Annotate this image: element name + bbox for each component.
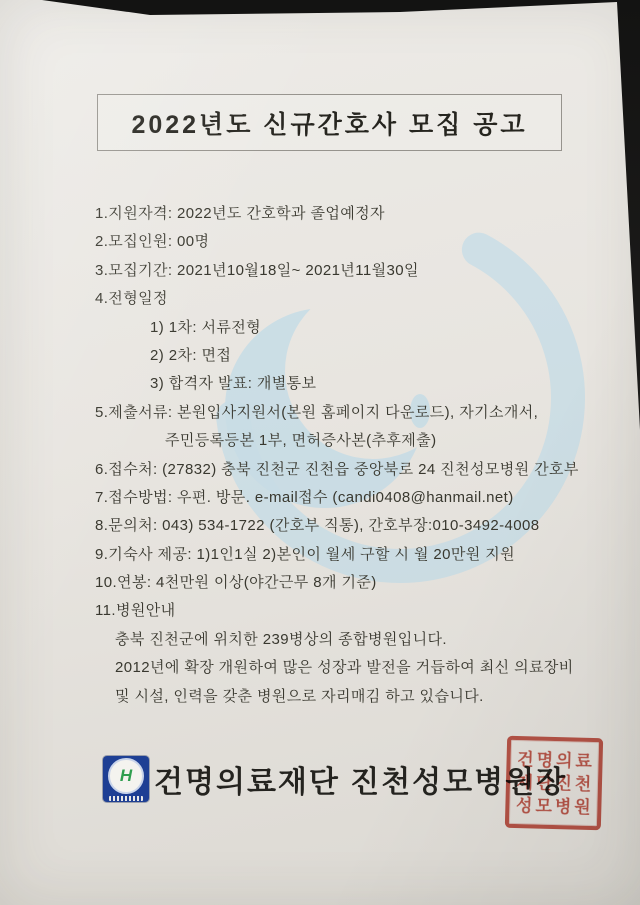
logo-letter-h: H xyxy=(120,767,132,784)
line-hospital-info-1: 충북 진천군에 위치한 239병상의 종합병원입니다. xyxy=(95,626,615,654)
line-dormitory: 9.기숙사 제공: 1)1인1실 2)본인이 월세 구할 시 월 20만원 지원 xyxy=(95,541,615,569)
document-body: 1.지원자격: 2022년도 간호학과 졸업예정자 2.모집인원: 00명 3.… xyxy=(95,200,615,711)
photo-background: 2022년도 신규간호사 모집 공고 1.지원자격: 2022년도 간호학과 졸… xyxy=(0,0,640,905)
line-documents: 5.제출서류: 본원입사지원서(본원 홈페이지 다운로드), 자기소개서, xyxy=(95,399,615,427)
hospital-logo-band xyxy=(109,796,143,801)
line-contact: 8.문의처: 043) 534-1722 (간호부 직통), 간호부장:010-… xyxy=(95,512,615,540)
document-paper: 2022년도 신규간호사 모집 공고 1.지원자격: 2022년도 간호학과 졸… xyxy=(0,0,640,905)
line-result-notice: 3) 합격자 발표: 개별통보 xyxy=(95,370,615,398)
line-hospital-info-heading: 11.병원안내 xyxy=(95,597,615,625)
line-submission-method: 7.접수방법: 우편. 방문. e-mail접수 (candi0408@hanm… xyxy=(95,484,615,512)
seal-row: 건명의료 xyxy=(514,747,595,772)
line-hospital-info-2: 2012년에 확장 개원하여 많은 성장과 발전을 거듭하여 최신 의료장비 xyxy=(95,654,615,682)
line-salary: 10.연봉: 4천만원 이상(야간근무 8개 기준) xyxy=(95,569,615,597)
seal-row: 재단진천 xyxy=(513,770,594,795)
line-first-round: 1) 1차: 서류전형 xyxy=(95,314,615,342)
document-title: 2022년도 신규간호사 모집 공고 xyxy=(131,105,527,141)
seal-row: 성모병원 xyxy=(513,793,594,818)
line-selection-schedule: 4.전형일정 xyxy=(95,285,615,313)
hospital-logo: H xyxy=(103,756,149,802)
line-submission-address: 6.접수처: (27832) 충북 진천군 진천읍 중앙북로 24 진천성모병원… xyxy=(95,456,615,484)
line-applicant-qualification: 1.지원자격: 2022년도 간호학과 졸업예정자 xyxy=(95,200,615,228)
line-recruit-count: 2.모집인원: 00명 xyxy=(95,228,615,256)
line-documents-cont: 주민등록등본 1부, 면허증사본(추후제출) xyxy=(95,427,615,455)
title-box: 2022년도 신규간호사 모집 공고 xyxy=(97,94,562,151)
official-seal-stamp: 건명의료 재단진천 성모병원 xyxy=(505,736,603,830)
hospital-logo-circle: H xyxy=(108,758,144,794)
line-hospital-info-3: 및 시설, 인력을 갖춘 병원으로 자리매김 하고 있습니다. xyxy=(95,683,615,711)
line-second-round: 2) 2차: 면접 xyxy=(95,342,615,370)
line-recruit-period: 3.모집기간: 2021년10월18일~ 2021년11월30일 xyxy=(95,257,615,285)
